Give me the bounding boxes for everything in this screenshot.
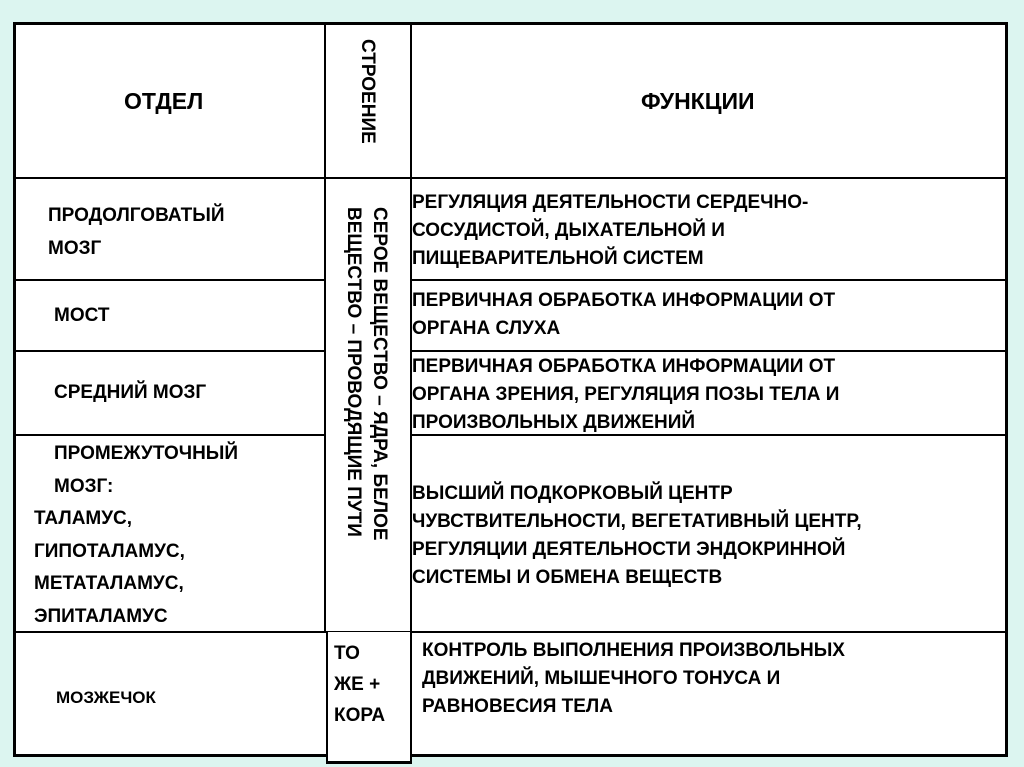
row5-structure: ТО ЖЕ + КОРА (334, 638, 385, 731)
row5-functions: КОНТРОЛЬ ВЫПОЛНЕНИЯ ПРОИЗВОЛЬНЫХ ДВИЖЕНИ… (422, 637, 845, 721)
function-line: ПЕРВИЧНАЯ ОБРАБОТКА ИНФОРМАЦИИ ОТ (412, 353, 839, 381)
row1-section: ПРОДОЛГОВАТЫЙ МОЗГ (48, 199, 225, 265)
function-line: РЕГУЛЯЦИЯ ДЕЯТЕЛЬНОСТИ СЕРДЕЧНО- (412, 189, 808, 217)
structure-line: КОРА (334, 700, 385, 731)
row1-divider-right (410, 279, 1005, 281)
header-structure: СТРОЕНИЕ (354, 39, 381, 144)
function-line: ЧУВСТВИТЕЛЬНОСТИ, ВЕГЕТАТИВНЫЙ ЦЕНТР, (412, 508, 862, 536)
function-line: ПИЩЕВАРИТЕЛЬНОЙ СИСТЕМ (412, 245, 808, 273)
section-line: МОЗГ (48, 232, 225, 265)
brain-sections-table: ОТДЕЛ СТРОЕНИЕ ФУНКЦИИ СЕРОЕ ВЕЩЕСТВО – … (13, 22, 1008, 757)
function-line: РАВНОВЕСИЯ ТЕЛА (422, 693, 845, 721)
row5-section: МОЗЖЕЧОК (56, 684, 156, 712)
structure-line: ТО (334, 638, 385, 669)
section-line: ГИПОТАЛАМУС, (34, 536, 238, 569)
structure-merged-line1: СЕРОЕ ВЕЩЕСТВО – ЯДРА, БЕЛОЕ (366, 207, 393, 541)
section-line: ПРОМЕЖУТОЧНЫЙ (34, 438, 238, 471)
section-line: СРЕДНИЙ МОЗГ (54, 379, 206, 407)
function-line: РЕГУЛЯЦИИ ДЕЯТЕЛЬНОСТИ ЭНДОКРИННОЙ (412, 536, 862, 564)
header-section: ОТДЕЛ (124, 87, 203, 115)
row2-functions: ПЕРВИЧНАЯ ОБРАБОТКА ИНФОРМАЦИИ ОТ ОРГАНА… (412, 287, 835, 343)
col-divider-left (324, 25, 326, 632)
section-line: ЭПИТАЛАМУС (34, 601, 238, 634)
row1-divider-left (16, 279, 325, 281)
row3-functions: ПЕРВИЧНАЯ ОБРАБОТКА ИНФОРМАЦИИ ОТ ОРГАНА… (412, 353, 839, 437)
function-line: КОНТРОЛЬ ВЫПОЛНЕНИЯ ПРОИЗВОЛЬНЫХ (422, 637, 845, 665)
section-line: МЕТАТАЛАМУС, (34, 568, 238, 601)
function-line: ДВИЖЕНИЙ, МЫШЕЧНОГО ТОНУСА И (422, 665, 845, 693)
section-line: МОСТ (54, 302, 109, 330)
section-line: МОЗЖЕЧОК (56, 684, 156, 712)
row3-section: СРЕДНИЙ МОЗГ (54, 379, 206, 407)
function-line: ВЫСШИЙ ПОДКОРКОВЫЙ ЦЕНТР (412, 480, 862, 508)
function-line: ПРОИЗВОЛЬНЫХ ДВИЖЕНИЙ (412, 409, 839, 437)
row2-divider-right (410, 350, 1005, 352)
section-line: МОЗГ: (34, 471, 238, 504)
function-line: ПЕРВИЧНАЯ ОБРАБОТКА ИНФОРМАЦИИ ОТ (412, 287, 835, 315)
structure-line: ЖЕ + (334, 669, 385, 700)
section-line: ПРОДОЛГОВАТЫЙ (48, 199, 225, 232)
function-line: СОСУДИСТОЙ, ДЫХАТЕЛЬНОЙ И (412, 217, 808, 245)
header-functions: ФУНКЦИИ (641, 87, 755, 115)
function-line: ОРГАНА СЛУХА (412, 315, 835, 343)
row1-functions: РЕГУЛЯЦИЯ ДЕЯТЕЛЬНОСТИ СЕРДЕЧНО- СОСУДИС… (412, 189, 808, 273)
structure-merged-line2: ВЕЩЕСТВО – ПРОВОДЯЩИЕ ПУТИ (340, 207, 367, 537)
function-line: ОРГАНА ЗРЕНИЯ, РЕГУЛЯЦИЯ ПОЗЫ ТЕЛА И (412, 381, 839, 409)
row4-section: ПРОМЕЖУТОЧНЫЙ МОЗГ: ТАЛАМУС, ГИПОТАЛАМУС… (34, 438, 238, 633)
row3-divider-left (16, 434, 325, 436)
row2-section: МОСТ (54, 302, 109, 330)
row2-divider-left (16, 350, 325, 352)
row4-functions: ВЫСШИЙ ПОДКОРКОВЫЙ ЦЕНТР ЧУВСТВИТЕЛЬНОСТ… (412, 480, 862, 592)
function-line: СИСТЕМЫ И ОБМЕНА ВЕЩЕСТВ (412, 564, 862, 592)
header-divider (16, 177, 1005, 179)
section-line: ТАЛАМУС, (34, 503, 238, 536)
